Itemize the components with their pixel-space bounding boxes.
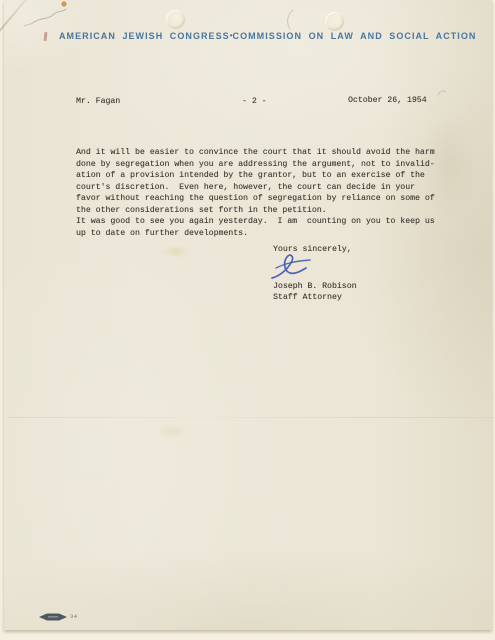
union-label-number: 34 <box>70 613 78 620</box>
red-ink-mark <box>44 32 47 41</box>
addressee: Mr. Fagan <box>76 96 120 108</box>
page-number: - 2 - <box>242 96 267 108</box>
letterhead-bullet-icon: • <box>230 31 233 40</box>
body-paragraph-2: It was good to see you again yesterday. … <box>76 216 458 239</box>
letterhead-org: AMERICAN JEWISH CONGRESS <box>59 31 230 41</box>
paper-stain <box>156 424 188 439</box>
pencil-paren-mark <box>283 8 297 32</box>
horizontal-fold-crease <box>8 417 495 418</box>
punch-hole-right <box>325 12 344 31</box>
pencil-annotation <box>12 0 92 30</box>
orange-spot <box>61 1 66 6</box>
pencil-speck <box>436 86 448 98</box>
body-paragraph-1: And it will be easier to convince the co… <box>76 147 458 216</box>
letterhead-division: COMMISSION ON LAW AND SOCIAL ACTION <box>233 31 477 41</box>
signer-name: Joseph B. Robison <box>273 281 357 293</box>
punch-hole-left <box>166 10 185 29</box>
union-bug-icon <box>38 612 68 622</box>
letter-page: AMERICAN JEWISH CONGRESS • COMMISSION ON… <box>4 0 492 630</box>
letter-date: October 26, 1954 <box>348 95 427 107</box>
paper-stain <box>162 245 190 258</box>
letterhead: AMERICAN JEWISH CONGRESS • COMMISSION ON… <box>59 31 461 41</box>
signature-ink <box>266 250 318 284</box>
signer-title: Staff Attorney <box>273 292 342 304</box>
